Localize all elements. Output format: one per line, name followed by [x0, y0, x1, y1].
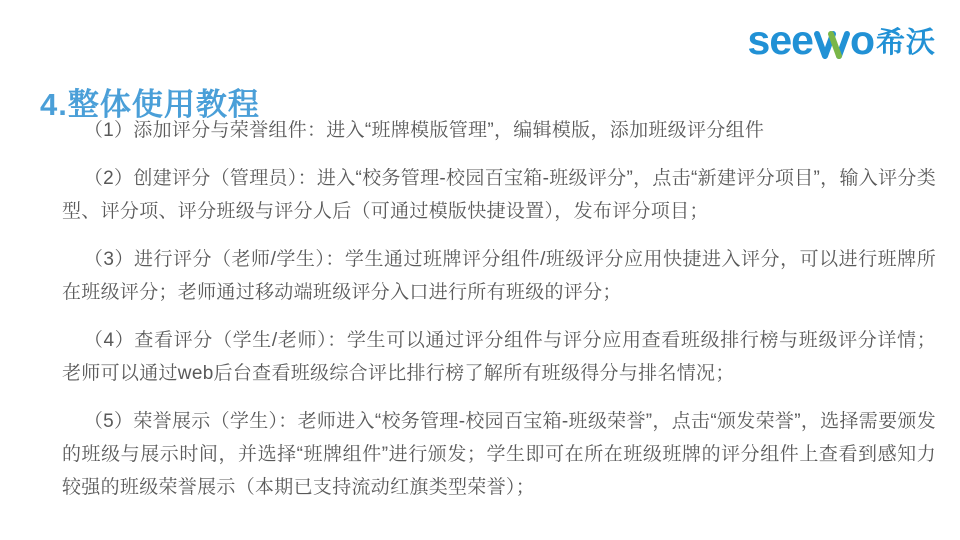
tutorial-step-2: （2）创建评分（管理员）：进入“校务管理-校园百宝箱-班级评分”，点击“新建评分… [62, 162, 936, 228]
logo-w-icon [813, 30, 851, 60]
logo-text-o: o [850, 20, 874, 61]
tutorial-step-1: （1）添加评分与荣誉组件：进入“班牌模版管理”，编辑模版，添加班级评分组件 [62, 114, 936, 147]
logo-text-cjk: 希沃 [876, 29, 936, 58]
tutorial-step-3: （3）进行评分（老师/学生）：学生通过班牌评分组件/班级评分应用快捷进入评分，可… [62, 243, 936, 309]
tutorial-step-4: （4）查看评分（学生/老师）：学生可以通过评分组件与评分应用查看班级排行榜与班级… [62, 324, 936, 390]
slide-background: see o 希沃 4.整体使用教程 （1）添加评分与荣誉组件：进入“班牌模版管理… [0, 0, 960, 540]
tutorial-step-5: （5）荣誉展示（学生）：老师进入“校务管理-校园百宝箱-班级荣誉”，点击“颁发荣… [62, 405, 936, 504]
tutorial-steps: （1）添加评分与荣誉组件：进入“班牌模版管理”，编辑模版，添加班级评分组件 （2… [62, 114, 936, 519]
logo-text-see: see [748, 20, 813, 61]
seewo-logo: see o 希沃 [748, 20, 936, 61]
